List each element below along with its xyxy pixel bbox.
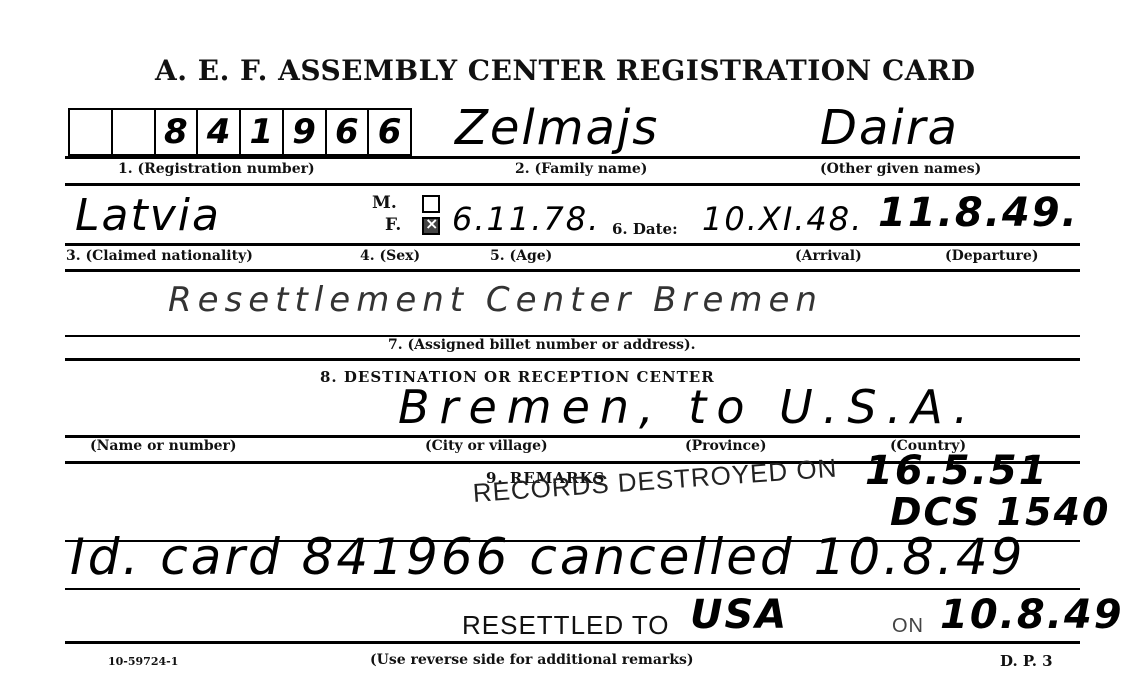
destination-province-label: (Province)	[685, 438, 767, 454]
divider	[65, 641, 1080, 644]
resettled-country-value: USA	[690, 592, 788, 638]
sex-label: 4. (Sex)	[360, 248, 420, 264]
registration-number-box: 8 4 1 9 6 6	[68, 108, 412, 156]
card-title: A. E. F. ASSEMBLY CENTER REGISTRATION CA…	[155, 54, 976, 87]
departure-label: (Departure)	[945, 248, 1038, 264]
form-code: 10-59724-1	[108, 655, 178, 668]
age-label: 5. (Age)	[490, 248, 552, 264]
given-names-value: Daira	[820, 100, 959, 156]
reverse-side-note: (Use reverse side for additional remarks…	[370, 652, 694, 668]
reg-digit: 4	[198, 110, 241, 154]
reg-digit: 1	[241, 110, 284, 154]
nationality-value: Latvia	[75, 190, 221, 241]
divider	[65, 183, 1080, 186]
arrival-label: (Arrival)	[795, 248, 862, 264]
destination-value: Bremen, to U.S.A.	[398, 380, 978, 434]
billet-value: Resettlement Center Bremen	[168, 280, 823, 320]
remarks-note-value: Id. card 841966 cancelled 10.8.49	[70, 528, 1025, 586]
reg-digit	[70, 110, 113, 154]
divider	[65, 243, 1080, 246]
destroyed-date-value: 16.5.51	[865, 448, 1049, 494]
form-id: D. P. 3	[1000, 652, 1053, 670]
billet-label: 7. (Assigned billet number or address).	[388, 337, 696, 353]
departure-date-value: 11.8.49.	[878, 190, 1079, 236]
sex-m-label: M.	[372, 193, 397, 213]
sex-f-label: F.	[385, 215, 401, 235]
divider	[65, 588, 1080, 590]
reg-digit	[113, 110, 156, 154]
resettled-date-value: 10.8.49	[940, 592, 1124, 638]
arrival-date-value: 10.XI.48.	[702, 200, 863, 238]
family-name-label: 2. (Family name)	[515, 161, 647, 177]
divider	[65, 269, 1080, 272]
given-names-label: (Other given names)	[820, 161, 981, 177]
destination-city-label: (City or village)	[425, 438, 548, 454]
age-value: 6.11.78.	[452, 200, 600, 238]
reg-digit: 6	[327, 110, 370, 154]
sex-f-checkbox[interactable]	[422, 217, 440, 235]
resettled-on-label: ON	[892, 615, 924, 638]
reg-digit: 8	[156, 110, 199, 154]
resettled-stamp: RESETTLED TO	[462, 610, 670, 641]
reg-digit: 6	[369, 110, 410, 154]
nationality-label: 3. (Claimed nationality)	[66, 248, 253, 264]
family-name-value: Zelmajs	[455, 100, 659, 156]
date-prefix: 6. Date:	[612, 220, 678, 238]
reg-digit: 9	[284, 110, 327, 154]
sex-m-checkbox[interactable]	[422, 195, 440, 213]
registration-number-label: 1. (Registration number)	[118, 161, 315, 177]
divider	[65, 156, 1080, 159]
destination-name-label: (Name or number)	[90, 438, 237, 454]
divider	[65, 358, 1080, 361]
